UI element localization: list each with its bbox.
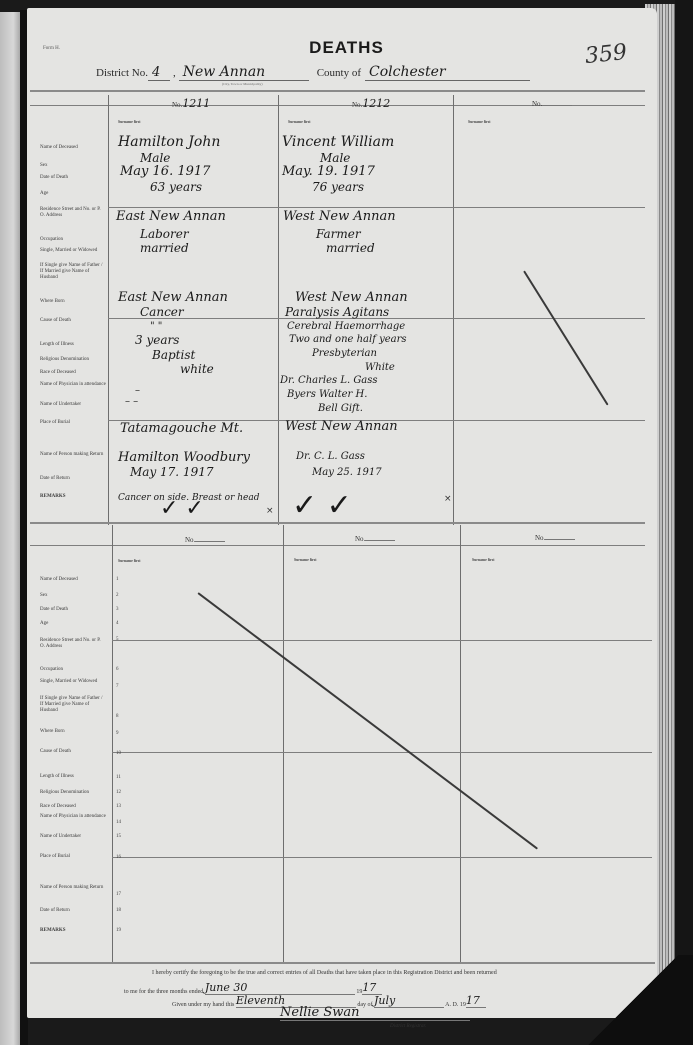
record-2-race: White (365, 361, 395, 374)
record-2-religion: Presbyterian (312, 347, 377, 360)
row-index: 17 (116, 892, 121, 897)
signature-line: Nellie Swan (280, 1005, 470, 1021)
record-2-residence: West New Annan (283, 210, 396, 223)
record-2-length-illness: Two and one half years (289, 333, 407, 346)
rule (112, 525, 113, 963)
municipality-caption: (City, Town or Municipality) (222, 82, 263, 86)
row-index: 3 (116, 607, 119, 612)
label-name: Name of Deceased (40, 145, 106, 151)
label-remarks: REMARKS (40, 494, 106, 500)
rule (112, 752, 652, 753)
record-2-undertaker: Byers Walter H. (287, 388, 367, 401)
label-undertaker: Name of Undertaker (40, 402, 106, 408)
record-1-undertaker: – – (125, 395, 138, 408)
rule (112, 640, 652, 641)
label-length-illness: Length of Illness (40, 774, 106, 780)
row-index: 19 (116, 928, 121, 933)
label-date-return: Date of Return (40, 908, 106, 914)
row-index: 18 (116, 908, 121, 913)
record-2-physician: Dr. Charles L. Gass (280, 374, 378, 387)
label-parent-spouse: If Single give Name of Father / If Marri… (40, 696, 106, 714)
row-index: 16 (116, 855, 121, 860)
record-2-number: No.1212 (352, 97, 390, 110)
record-1-length-illness: 3 years (135, 334, 179, 347)
record-1-race: white (180, 363, 214, 376)
label-where-born: Where Born (40, 299, 106, 305)
label-date-of-death: Date of Death (40, 175, 106, 181)
rule (453, 95, 454, 525)
label-physician: Name of Physician in attendance (40, 814, 106, 820)
row-index: 8 (116, 714, 119, 719)
record-1-name: Hamilton John (118, 136, 220, 149)
county-label: County of (317, 67, 361, 79)
record-1-residence: East New Annan (116, 210, 226, 223)
record-2-x-mark: × (444, 494, 452, 504)
label-burial: Place of Burial (40, 854, 106, 860)
row-index: 14 (116, 820, 121, 825)
record-5-number: No. (355, 535, 395, 543)
label-religion: Religious Denomination (40, 357, 106, 363)
label-person-return: Name of Person making Return (40, 452, 106, 458)
record-2-marital: married (326, 242, 375, 255)
record-2-person-return: Dr. C. L. Gass (296, 450, 365, 463)
corner-shadow (573, 955, 693, 1045)
label-cause-of-death: Cause of Death (40, 749, 106, 755)
row-index: 9 (116, 731, 119, 736)
surname-first-header: Surname first (118, 559, 140, 563)
record-2-date-of-death: May. 19. 1917 (282, 165, 375, 178)
surname-first-header: Surname first (468, 120, 490, 124)
row-index: 6 (116, 667, 119, 672)
certification-months-line: to me for the three months ended June 30… (124, 981, 382, 995)
label-religion: Religious Denomination (40, 790, 106, 796)
district-line: District No. 4 , New Annan County of Col… (96, 64, 530, 81)
label-residence: Residence Street and No. or P. O. Addres… (40, 207, 106, 219)
rule (278, 95, 279, 525)
rule (460, 525, 461, 963)
label-length-illness: Length of Illness (40, 342, 106, 348)
row-index: 4 (116, 621, 119, 626)
row-index: 5 (116, 637, 119, 642)
record-2-date-return: May 25. 1917 (312, 466, 382, 479)
label-age: Age (40, 191, 106, 197)
record-1-marital: married (140, 242, 189, 255)
label-occupation: Occupation (40, 237, 106, 243)
row-index: 15 (116, 834, 121, 839)
label-sex: Sex (40, 593, 106, 599)
record-2-where-born: West New Annan (295, 291, 408, 304)
rule (30, 962, 655, 964)
surname-first-header: Surname first (472, 558, 494, 562)
row-index: 11 (116, 775, 121, 780)
record-2-cause-immediate: Cerebral Haemorrhage (287, 320, 405, 333)
record-1-age: 63 years (150, 181, 202, 194)
label-race: Race of Deceased (40, 370, 106, 376)
label-residence: Residence Street and No. or P. O. Addres… (40, 638, 106, 650)
certification-text: I hereby certify the foregoing to be the… (152, 970, 497, 976)
label-marital: Single, Married or Widowed (40, 248, 106, 254)
record-1-person-return: Hamilton Woodbury (118, 451, 250, 464)
rule (283, 525, 284, 963)
row-index: 10 (116, 751, 121, 756)
record-1-religion: Baptist (152, 349, 195, 362)
district-number: 4 (148, 65, 170, 81)
row-index: 1 (116, 577, 119, 582)
rule (112, 857, 652, 858)
record-2-age: 76 years (312, 181, 364, 194)
rule (108, 95, 109, 525)
rule (30, 90, 645, 92)
record-2-burial-place: West New Annan (285, 420, 398, 433)
record-1-occupation: Laborer (140, 228, 189, 241)
label-date-return: Date of Return (40, 476, 106, 482)
months-ended: June 30 (205, 981, 355, 995)
label-parent-spouse: If Single give Name of Father / If Marri… (40, 263, 106, 281)
record-6-number: No. (535, 534, 575, 542)
record-1-where-born: East New Annan (118, 291, 228, 304)
label-undertaker: Name of Undertaker (40, 834, 106, 840)
record-2-checkmarks: ✓ ✓ (292, 488, 352, 523)
rule (30, 545, 645, 546)
year-1: 17 (362, 981, 382, 995)
row-index: 2 (116, 593, 119, 598)
record-1-checkmarks: ✓ ✓ (160, 496, 204, 521)
label-date-of-death: Date of Death (40, 607, 106, 613)
record-4-number: No. (185, 536, 225, 544)
label-where-born: Where Born (40, 729, 106, 735)
rule (108, 207, 645, 208)
record-2-cause-primary: Paralysis Agitans (285, 306, 389, 319)
label-sex: Sex (40, 163, 106, 169)
record-2-undertaker-2: Bell Gift. (318, 402, 363, 415)
row-index: 7 (116, 684, 119, 689)
record-3-number: No. (532, 100, 572, 108)
record-1-date-of-death: May 16. 1917 (120, 165, 210, 178)
label-cause-of-death: Cause of Death (40, 318, 106, 324)
record-1-cause-primary: Cancer (140, 306, 184, 319)
record-1-cause-immediate: " " (150, 320, 162, 333)
municipality: New Annan (179, 64, 309, 81)
county: Colchester (365, 64, 530, 81)
page-number: 359 (584, 40, 628, 69)
record-1-x-mark: × (266, 506, 274, 516)
district-label: District No. (96, 67, 148, 79)
record-1-burial-place: Tatamagouche Mt. (120, 422, 243, 435)
registrar-signature: Nellie Swan (280, 1005, 470, 1021)
label-marital: Single, Married or Widowed (40, 679, 106, 685)
book-left-page-edge (0, 12, 22, 1045)
label-age: Age (40, 621, 106, 627)
book-cover-edge (675, 0, 693, 1045)
label-name: Name of Deceased (40, 577, 106, 583)
record-1-number: No.1211 (172, 97, 210, 110)
row-index: 12 (116, 790, 121, 795)
record-2-name: Vincent William (282, 136, 394, 149)
label-burial: Place of Burial (40, 420, 106, 426)
label-person-return: Name of Person making Return (40, 885, 106, 891)
label-remarks: REMARKS (40, 928, 106, 934)
surname-first-header: Surname first (118, 120, 140, 124)
label-physician: Name of Physician in attendance (40, 382, 106, 388)
surname-first-header: Surname first (294, 558, 316, 562)
record-1-date-return: May 17. 1917 (130, 466, 213, 479)
label-race: Race of Deceased (40, 804, 106, 810)
registrar-title: District Registrar. (390, 1024, 426, 1029)
label-occupation: Occupation (40, 667, 106, 673)
surname-first-header: Surname first (288, 120, 310, 124)
row-index: 13 (116, 804, 121, 809)
record-2-occupation: Farmer (316, 228, 361, 241)
